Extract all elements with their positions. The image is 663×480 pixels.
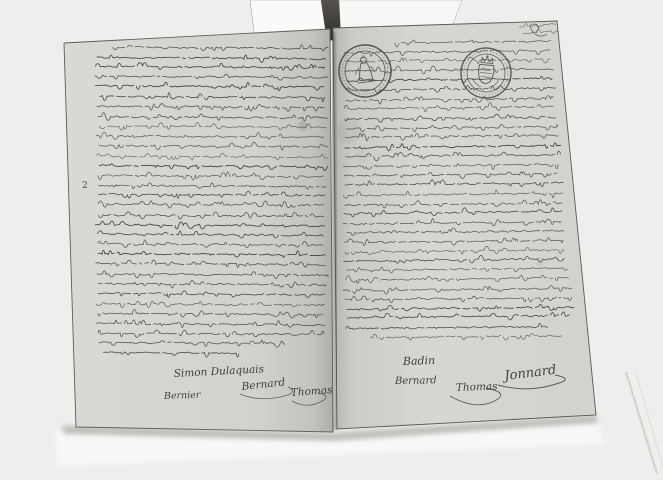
signature-thomas-right: Thomas — [456, 381, 499, 394]
signature-bernard-right: Bernard — [394, 375, 437, 387]
gutter-shadow — [333, 32, 336, 430]
scan-canvas: 2 Simon Dulaquais Bernier Bernard Thomas… — [0, 0, 663, 480]
scanned-register-spread: 2 Simon Dulaquais Bernier Bernard Thomas… — [0, 0, 663, 480]
margin-number: 2 — [82, 181, 88, 191]
signature-bernier: Bernier — [163, 390, 202, 402]
signature-badin: Badin — [402, 354, 436, 368]
